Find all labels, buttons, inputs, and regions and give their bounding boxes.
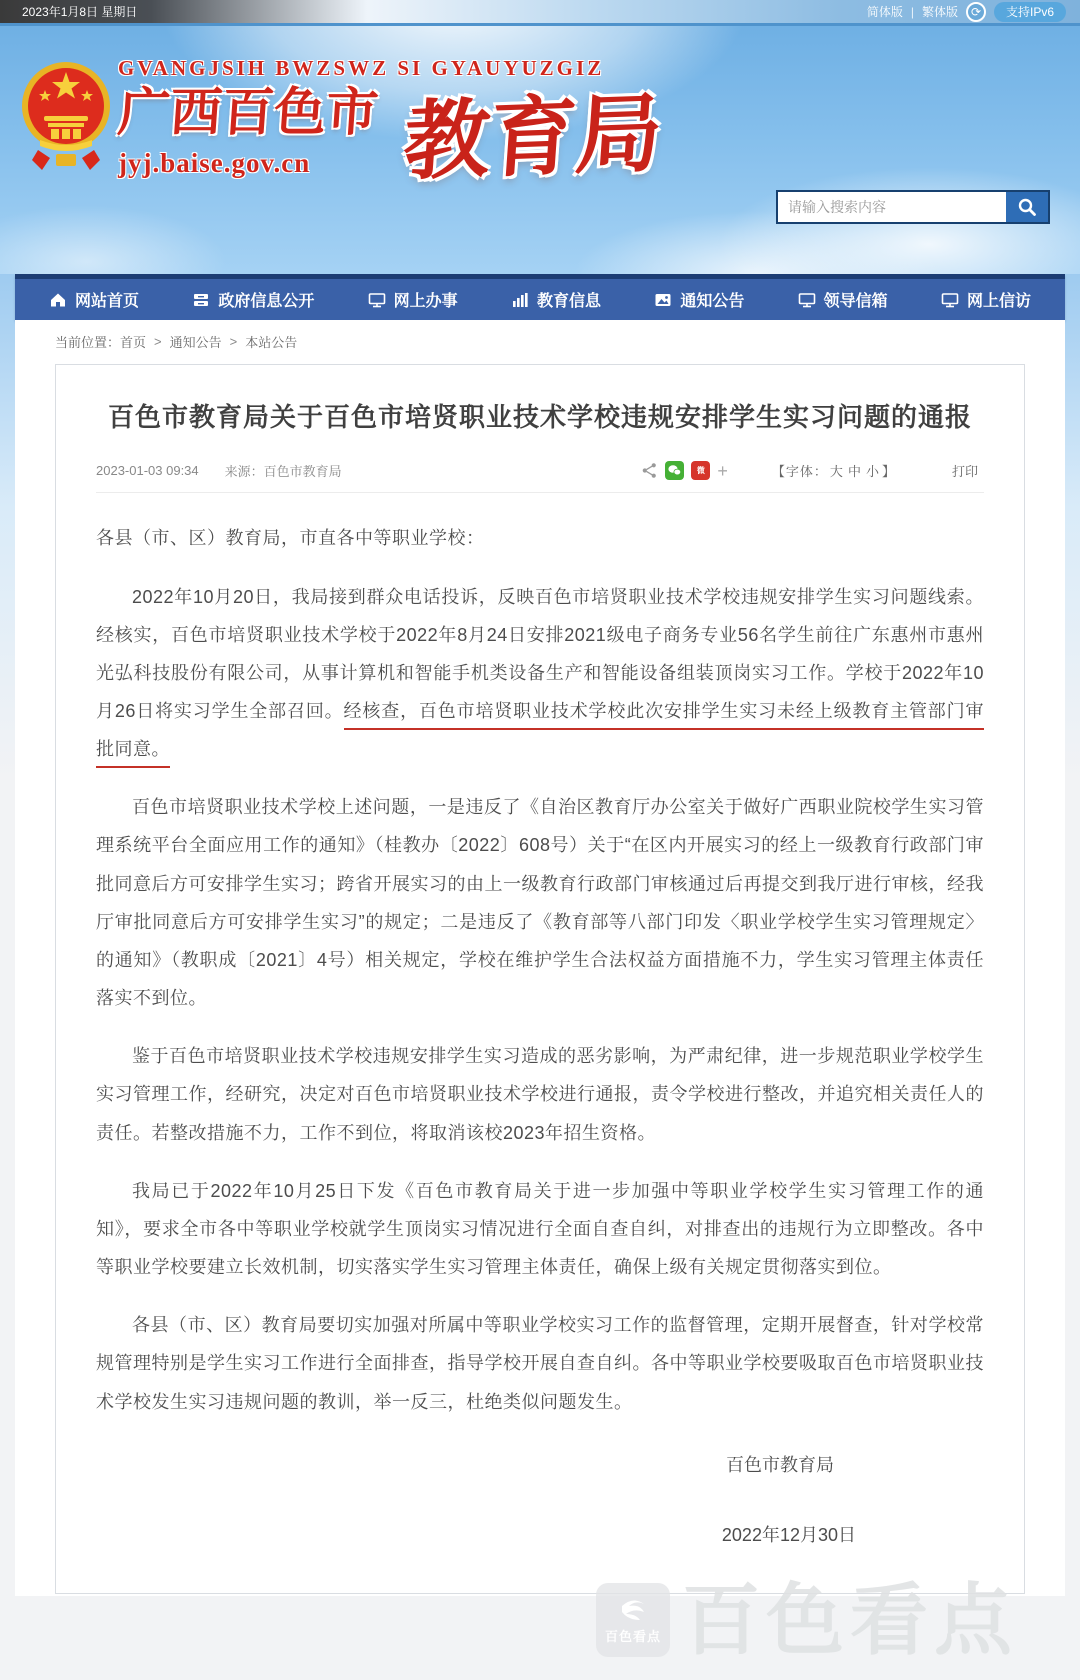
font-size-large-button[interactable]: 大	[830, 464, 844, 479]
site-name: 广西百色市	[116, 87, 380, 142]
search-input[interactable]	[778, 192, 1006, 222]
breadcrumb-label: 当前位置：	[55, 332, 120, 351]
ipv6-badge[interactable]: 支持IPv6	[994, 2, 1066, 22]
main-container: 网站首页 政府信息公开 网上办事 教育信息 通知公告 领导信箱 网上信访 当前位…	[15, 274, 1065, 1596]
nav-item-leader-mailbox[interactable]: 领导信箱	[798, 288, 888, 311]
zhuang-language-title: GVANGJSIH BWZSWZ SI GYAUYUZGIZ	[118, 56, 818, 81]
breadcrumb-separator: >	[230, 334, 238, 349]
footer-space	[0, 1596, 1080, 1680]
site-domain: jyj.baise.gov.cn	[118, 148, 378, 179]
site-search	[776, 190, 1050, 224]
search-button[interactable]	[1006, 192, 1048, 222]
signing-date: 2022年12月30日	[96, 1521, 984, 1547]
paragraph-3: 鉴于百色市培贤职业技术学校违规安排学生实习造成的恶劣影响，为严肃纪律，进一步规范…	[96, 1037, 984, 1151]
paragraph-2: 百色市培贤职业技术学校上述问题，一是违反了《自治区教育厅办公室关于做好广西职业院…	[96, 788, 984, 1017]
more-share-icon[interactable]: +	[717, 462, 728, 480]
monitor-icon	[368, 291, 386, 309]
site-branding: GVANGJSIH BWZSWZ SI GYAUYUZGIZ 广西百色市 jyj…	[118, 56, 818, 181]
font-size-widget: 【字体：大中小】	[772, 461, 896, 480]
divider: |	[911, 5, 914, 19]
site-header: GVANGJSIH BWZSWZ SI GYAUYUZGIZ 广西百色市 jyj…	[0, 26, 1080, 274]
article-body: 各县（市、区）教育局，市直各中等职业学校： 2022年10月20日，我局接到群众…	[96, 519, 984, 1420]
language-toggle-icon[interactable]: ⟳	[966, 2, 986, 22]
site-name-calligraphy: 教育局	[401, 90, 665, 185]
article-container: 百色市教育局关于百色市培贤职业技术学校违规安排学生实习问题的通报 2023-01…	[55, 364, 1025, 1594]
article-source: 来源：百色市教育局	[225, 461, 342, 480]
salutation: 各县（市、区）教育局，市直各中等职业学校：	[96, 519, 984, 557]
simplified-chinese-link[interactable]: 简体版	[867, 3, 903, 20]
article-meta-bar: 2023-01-03 09:34 来源：百色市教育局 微 + 【字体：大中小】 …	[96, 461, 984, 493]
breadcrumb-notices[interactable]: 通知公告	[170, 332, 222, 351]
nav-item-online-petition[interactable]: 网上信访	[941, 288, 1031, 311]
weibo-share-icon[interactable]: 微	[691, 461, 710, 480]
petition-monitor-icon	[941, 291, 959, 309]
signature-block: 百色市教育局 2022年12月30日	[96, 1451, 984, 1547]
image-icon	[654, 291, 672, 309]
breadcrumb: 当前位置： 首页 > 通知公告 > 本站公告	[15, 320, 1065, 362]
nav-item-online-services[interactable]: 网上办事	[368, 288, 458, 311]
paragraph-1: 2022年10月20日，我局接到群众电话投诉，反映百色市培贤职业技术学校违规安排…	[96, 578, 984, 769]
article-title: 百色市教育局关于百色市培贤职业技术学校违规安排学生实习问题的通报	[96, 399, 984, 435]
paragraph-4: 我局已于2022年10月25日下发《百色市教育局关于进一步加强中等职业学校学生实…	[96, 1172, 984, 1286]
search-icon	[1017, 197, 1037, 217]
signing-authority: 百色市教育局	[96, 1451, 984, 1477]
traditional-chinese-link[interactable]: 繁体版	[922, 3, 958, 20]
breadcrumb-site-announcements[interactable]: 本站公告	[245, 332, 297, 351]
nav-item-education-info[interactable]: 教育信息	[511, 288, 601, 311]
share-icon[interactable]	[641, 462, 658, 479]
nav-item-notices[interactable]: 通知公告	[654, 288, 744, 311]
print-button[interactable]: 打印	[952, 461, 978, 480]
wechat-share-icon[interactable]	[665, 461, 684, 480]
font-size-small-button[interactable]: 小	[866, 464, 880, 479]
breadcrumb-separator: >	[154, 334, 162, 349]
font-size-medium-button[interactable]: 中	[848, 464, 862, 479]
home-icon	[49, 291, 67, 309]
nav-item-home[interactable]: 网站首页	[49, 288, 139, 311]
national-emblem-logo	[20, 54, 112, 178]
breadcrumb-home[interactable]: 首页	[120, 332, 146, 351]
current-date: 2023年1月8日 星期日	[22, 3, 137, 20]
mailbox-monitor-icon	[798, 291, 816, 309]
publish-datetime: 2023-01-03 09:34	[96, 463, 199, 478]
paragraph-5: 各县（市、区）教育局要切实加强对所属中等职业学校实习工作的监督管理，定期开展督查…	[96, 1306, 984, 1420]
share-toolbar: 微 +	[641, 461, 728, 480]
top-utility-bar: 2023年1月8日 星期日 简体版 | 繁体版 ⟳ 支持IPv6	[0, 0, 1080, 26]
wechat-bubbles	[668, 465, 681, 476]
primary-navigation: 网站首页 政府信息公开 网上办事 教育信息 通知公告 领导信箱 网上信访	[15, 274, 1065, 320]
bar-chart-icon	[511, 291, 529, 309]
nav-item-gov-info-disclosure[interactable]: 政府信息公开	[192, 288, 314, 311]
archive-icon	[192, 291, 210, 309]
